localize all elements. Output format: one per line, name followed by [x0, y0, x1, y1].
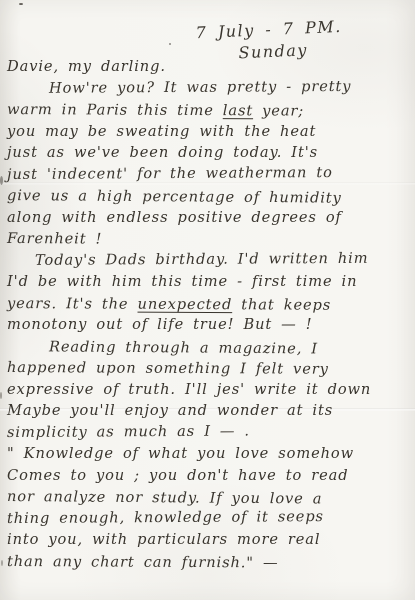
letter-text: that keeps [232, 296, 331, 314]
letter-text: nor analyze nor study. If you love a [7, 488, 323, 507]
scan-edge-mark [0, 392, 2, 399]
letter-text: monotony out of life true! But — ! [7, 316, 312, 333]
letter-text: Davie, my darling. [7, 58, 166, 75]
letter-text: Reading through a magazine, I [49, 338, 318, 357]
letter-line: just as we've been doing today. It's [7, 142, 411, 164]
letter-line: Comes to you ; you don't have to read [7, 465, 411, 487]
letter-text: How're you? It was pretty - pretty [49, 77, 352, 96]
letter-lines: Davie, my darling.How're you? It was pre… [7, 56, 411, 572]
letter-line: simplicity as much as I — . [7, 419, 411, 443]
letter-line: you may be sweating with the heat [7, 121, 411, 143]
letter-text: year; [253, 102, 304, 119]
letter-text: Maybe you'll enjoy and wonder at its [7, 402, 333, 419]
letter-line: into you, with particulars more real [7, 529, 411, 551]
scan-edge-mark [1, 560, 3, 566]
letter-text: give us a high percentage of humidity [7, 187, 342, 207]
letter-text: expressive of truth. I'll jes' write it … [7, 381, 371, 398]
letter-line: " Knowledge of what you love somehow [7, 443, 411, 465]
letter-text: I'd be with him this time - first time i… [7, 273, 357, 290]
letter-text: just as we've been doing today. It's [7, 144, 318, 161]
letter-line: happened upon something I felt very [7, 357, 411, 381]
letter-line: How're you? It was pretty - pretty [7, 75, 411, 99]
letter-line: years. It's the unexpected that keeps [7, 293, 411, 317]
letter-line: I'd be with him this time - first time i… [7, 271, 411, 293]
letter-text: just 'indecent' for the weatherman to [7, 164, 333, 183]
letter-text: Comes to you ; you don't have to read [7, 467, 348, 484]
letter-text: than any chart can furnish." — [7, 553, 279, 571]
letter-text: thing enough, knowledge of it seeps [7, 508, 324, 527]
letter-text: years. It's the [7, 295, 138, 313]
letter-line: expressive of truth. I'll jes' write it … [7, 379, 411, 401]
letter-line: Maybe you'll enjoy and wonder at its [7, 400, 411, 422]
letter-line: warm in Paris this time last year; [7, 99, 411, 123]
letter-text: happened upon something I felt very [7, 359, 329, 378]
ink-speck [169, 43, 171, 45]
letter-text: Farenheit ! [7, 230, 102, 247]
underlined-word: last [223, 102, 253, 119]
letter-line: thing enough, knowledge of it seeps [7, 505, 411, 529]
scan-edge-mark [0, 176, 3, 185]
underlined-word: unexpected [138, 295, 233, 312]
letter-line: along with endless positive degrees of [7, 207, 411, 229]
letter-text: Today's Dads birthday. I'd written him [35, 249, 369, 268]
ink-speck [19, 3, 23, 5]
letter-line: just 'indecent' for the weatherman to [7, 161, 411, 185]
letter-line: than any chart can furnish." — [7, 551, 411, 575]
salutation-line: Davie, my darling. [7, 56, 411, 78]
letter-text: " Knowledge of what you love somehow [7, 445, 354, 462]
letter-text: warm in Paris this time [7, 101, 223, 119]
letter-text: along with endless positive degrees of [7, 209, 342, 226]
letter-text: into you, with particulars more real [7, 531, 320, 548]
letter-text: simplicity as much as I — . [7, 422, 250, 440]
letter-page: 7 July - 7 PM. Sunday Davie, my darling.… [0, 0, 415, 600]
date-line: 7 July - 7 PM. [195, 17, 342, 42]
letter-text: you may be sweating with the heat [7, 123, 316, 140]
letter-line: monotony out of life true! But — ! [7, 314, 411, 336]
letter-line: give us a high percentage of humidity [7, 185, 411, 210]
letter-line: Today's Dads birthday. I'd written him [7, 247, 411, 271]
